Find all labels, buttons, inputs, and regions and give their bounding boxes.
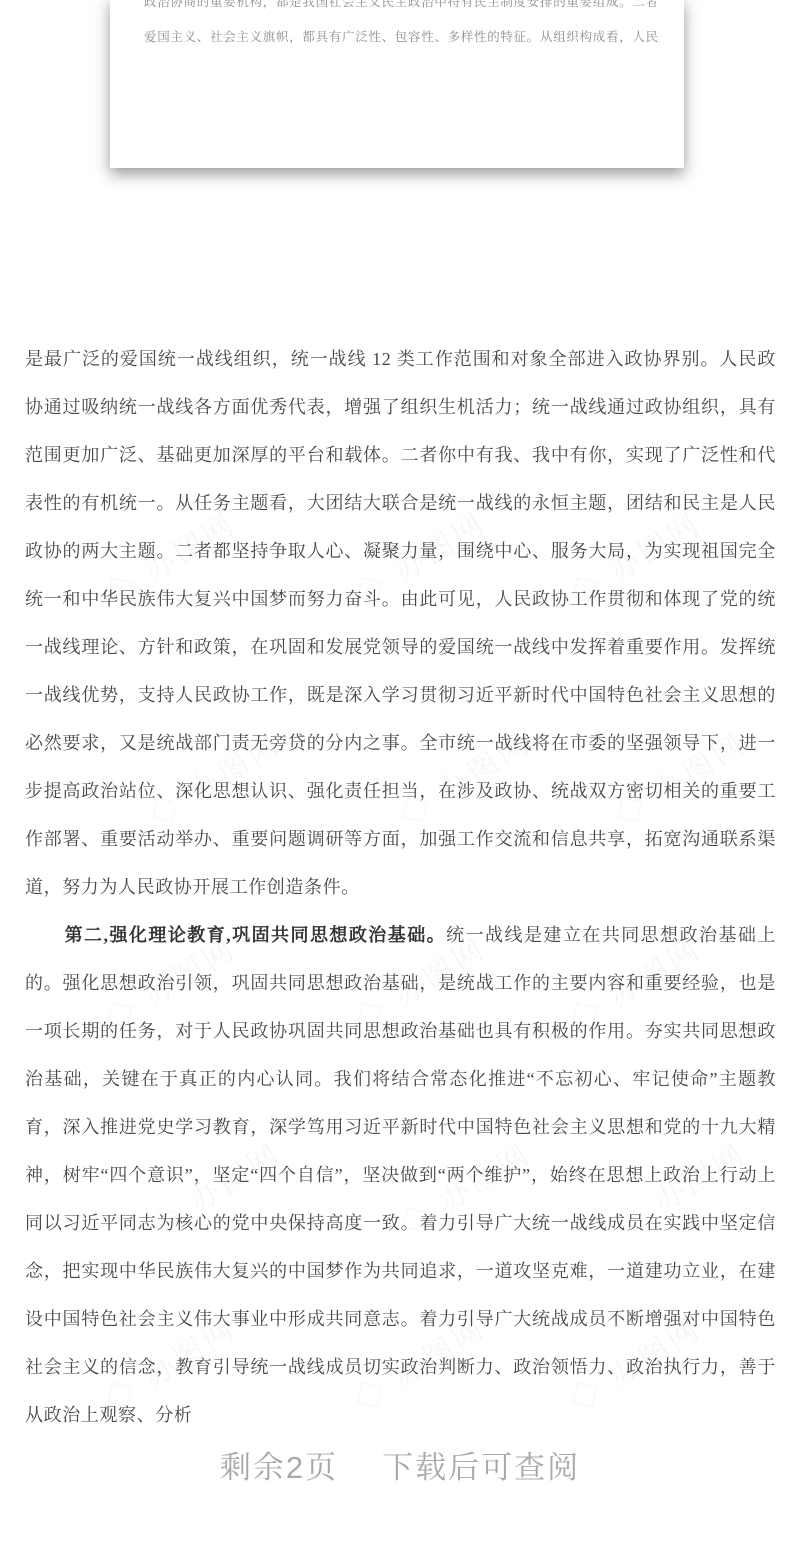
remaining-pages-footer: 剩余2页下载后可查阅: [0, 1442, 800, 1487]
prev-page-text-line: 爱国主义、社会主义旗帜，都具有广泛性、包容性、多样性的特征。从组织构成看，人民政…: [144, 27, 658, 45]
previous-page-card: 政治协商的重要机构，都是我国社会主义民主政治中特有民主制度安排的重要组成。二者都…: [110, 0, 684, 168]
download-to-view-hint: 下载后可查阅: [382, 1450, 580, 1485]
remaining-pages-count: 剩余2页: [220, 1450, 338, 1485]
prev-page-text-line-clipped: 政治协商的重要机构，都是我国社会主义民主政治中特有民主制度安排的重要组成。二者都…: [144, 0, 658, 10]
paragraph-2: 第二,强化理论教育,巩固共同思想政治基础。统一战线是建立在共同思想政治基础上的。…: [25, 911, 776, 1439]
paragraph-2-heading: 第二,强化理论教育,巩固共同思想政治基础。: [65, 925, 447, 945]
document-body: 是最广泛的爱国统一战线组织，统一战线 12 类工作范围和对象全部进入政协界别。人…: [25, 335, 776, 1439]
document-preview-page: ◇ 办图网◇ 办图网◇ 办图网◇ 办图网◇ 办图网◇ 办图网◇ 办图网◇ 办图网…: [0, 0, 800, 1544]
paragraph-1: 是最广泛的爱国统一战线组织，统一战线 12 类工作范围和对象全部进入政协界别。人…: [25, 335, 776, 911]
paragraph-2-text: 统一战线是建立在共同思想政治基础上的。强化思想政治引领，巩固共同思想政治基础，是…: [25, 925, 776, 1425]
